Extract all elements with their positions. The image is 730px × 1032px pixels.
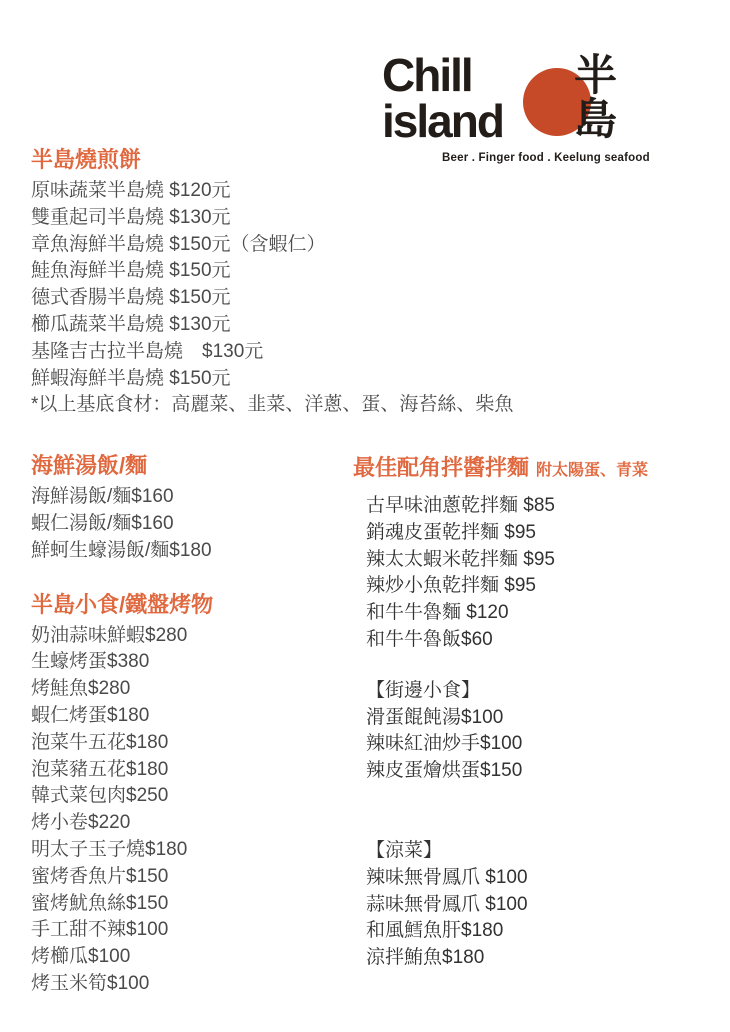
section-mixed-noodles-subtitle: 附太陽蛋、青菜 [536, 462, 648, 479]
menu-item: 章魚海鮮半島燒 $150元（含蝦仁） [31, 232, 361, 259]
menu-item: 泡菜豬五花$180 [31, 757, 361, 784]
menu-item: 蝦仁烤蛋$180 [31, 703, 361, 730]
menu-item: 德式香腸半島燒 $150元 [31, 285, 361, 312]
menu-item: 銷魂皮蛋乾拌麵 $95 [366, 520, 725, 547]
menu-item: 奶油蒜味鮮蝦$280 [31, 623, 361, 650]
base-ingredients-note: *以上基底食材：高麗菜、韭菜、洋蔥、蛋、海苔絲、柴魚 [31, 392, 361, 419]
section-mixed-noodles-title: 最佳配角拌醬拌麵附太陽蛋、青菜 [353, 455, 725, 484]
section-street-food-items: 滑蛋餛飩湯$100辣味紅油炒手$100辣皮蛋燴烘蛋$150 [353, 705, 725, 785]
menu-item: 櫛瓜蔬菜半島燒 $130元 [31, 312, 361, 339]
menu-item: 辣味紅油炒手$100 [366, 731, 725, 758]
menu-item: 辣皮蛋燴烘蛋$150 [366, 758, 725, 785]
menu-item: 原味蔬菜半島燒 $120元 [31, 178, 361, 205]
section-cold-dishes-title: 【涼菜】 [353, 838, 725, 865]
menu-item: 韓式菜包肉$250 [31, 783, 361, 810]
logo-wordmark-en: Chill island [382, 52, 503, 144]
menu-item: 泡菜牛五花$180 [31, 730, 361, 757]
menu-item: 手工甜不辣$100 [31, 917, 361, 944]
menu-item: 蜜烤香魚片$150 [31, 864, 361, 891]
section-mixed-noodles-items: 古早味油蔥乾拌麵 $85銷魂皮蛋乾拌麵 $95辣太太蝦米乾拌麵 $95辣炒小魚乾… [353, 493, 725, 654]
section-street-food: 【街邊小食】 滑蛋餛飩湯$100辣味紅油炒手$100辣皮蛋燴烘蛋$150 [353, 678, 725, 785]
menu-item: 鮮蚵生蠔湯飯/麵$180 [31, 538, 361, 565]
menu-item: 鮮蝦海鮮半島燒 $150元 [31, 366, 361, 393]
menu-item: 辣炒小魚乾拌麵 $95 [366, 573, 725, 600]
menu-item: 雙重起司半島燒 $130元 [31, 205, 361, 232]
section-street-food-title: 【街邊小食】 [353, 678, 725, 705]
menu-item: 蒜味無骨鳳爪 $100 [366, 892, 725, 919]
section-snacks-grill-items: 奶油蒜味鮮蝦$280生蠔烤蛋$380烤鮭魚$280蝦仁烤蛋$180泡菜牛五花$1… [31, 623, 361, 998]
menu-item: 古早味油蔥乾拌麵 $85 [366, 493, 725, 520]
menu-page: Chill island 半 島 Beer . Finger food . Ke… [0, 0, 730, 1032]
section-cold-dishes-items: 辣味無骨鳳爪 $100蒜味無骨鳳爪 $100和風鱈魚肝$180涼拌鮪魚$180 [353, 865, 725, 972]
menu-item: 蜜烤魷魚絲$150 [31, 891, 361, 918]
menu-item: 辣太太蝦米乾拌麵 $95 [366, 547, 725, 574]
section-cold-dishes: 【涼菜】 辣味無骨鳳爪 $100蒜味無骨鳳爪 $100和風鱈魚肝$180涼拌鮪魚… [353, 838, 725, 972]
section-pancake-items: 原味蔬菜半島燒 $120元雙重起司半島燒 $130元章魚海鮮半島燒 $150元（… [31, 178, 361, 392]
menu-item: 辣味無骨鳳爪 $100 [366, 865, 725, 892]
section-snacks-grill: 半島小食/鐵盤烤物 奶油蒜味鮮蝦$280生蠔烤蛋$380烤鮭魚$280蝦仁烤蛋$… [31, 592, 361, 998]
logo-cjk-char-top: 半 [574, 54, 617, 98]
menu-item: 海鮮湯飯/麵$160 [31, 484, 361, 511]
brand-logo: Chill island 半 島 Beer . Finger food . Ke… [378, 56, 708, 176]
menu-item: 基隆吉古拉半島燒 $130元 [31, 339, 361, 366]
menu-item: 滑蛋餛飩湯$100 [366, 705, 725, 732]
section-mixed-noodles-title-text: 最佳配角拌醬拌麵 [353, 455, 529, 480]
logo-cjk-char-bottom: 島 [574, 98, 617, 142]
logo-wordmark-line2: island [382, 98, 503, 144]
menu-item: 明太子玉子燒$180 [31, 837, 361, 864]
logo-tagline: Beer . Finger food . Keelung seafood [442, 152, 650, 164]
menu-item: 和牛牛魯麵 $120 [366, 600, 725, 627]
section-seafood-soup-title: 海鮮湯飯/麵 [31, 453, 361, 479]
menu-item: 烤小卷$220 [31, 810, 361, 837]
menu-item: 烤玉米筍$100 [31, 971, 361, 998]
menu-item: 烤櫛瓜$100 [31, 944, 361, 971]
menu-column-right: 最佳配角拌醬拌麵附太陽蛋、青菜 古早味油蔥乾拌麵 $85銷魂皮蛋乾拌麵 $95辣… [353, 455, 725, 972]
logo-wordmark-line1: Chill [382, 52, 503, 98]
menu-column-left: 半島燒煎餅 原味蔬菜半島燒 $120元雙重起司半島燒 $130元章魚海鮮半島燒 … [31, 147, 361, 998]
logo-wordmark-cjk: 半 島 [574, 54, 617, 142]
menu-item: 生蠔烤蛋$380 [31, 649, 361, 676]
section-seafood-soup-items: 海鮮湯飯/麵$160蝦仁湯飯/麵$160鮮蚵生蠔湯飯/麵$180 [31, 484, 361, 564]
menu-item: 烤鮭魚$280 [31, 676, 361, 703]
section-seafood-soup: 海鮮湯飯/麵 海鮮湯飯/麵$160蝦仁湯飯/麵$160鮮蚵生蠔湯飯/麵$180 [31, 453, 361, 564]
section-snacks-grill-title: 半島小食/鐵盤烤物 [31, 592, 361, 618]
menu-item: 蝦仁湯飯/麵$160 [31, 511, 361, 538]
menu-item: 涼拌鮪魚$180 [366, 945, 725, 972]
section-mixed-noodles: 最佳配角拌醬拌麵附太陽蛋、青菜 古早味油蔥乾拌麵 $85銷魂皮蛋乾拌麵 $95辣… [353, 455, 725, 654]
menu-item: 和風鱈魚肝$180 [366, 918, 725, 945]
menu-item: 和牛牛魯飯$60 [366, 627, 725, 654]
menu-item: 鮭魚海鮮半島燒 $150元 [31, 258, 361, 285]
section-pancake-title: 半島燒煎餅 [31, 147, 361, 173]
section-pancake: 半島燒煎餅 原味蔬菜半島燒 $120元雙重起司半島燒 $130元章魚海鮮半島燒 … [31, 147, 361, 419]
